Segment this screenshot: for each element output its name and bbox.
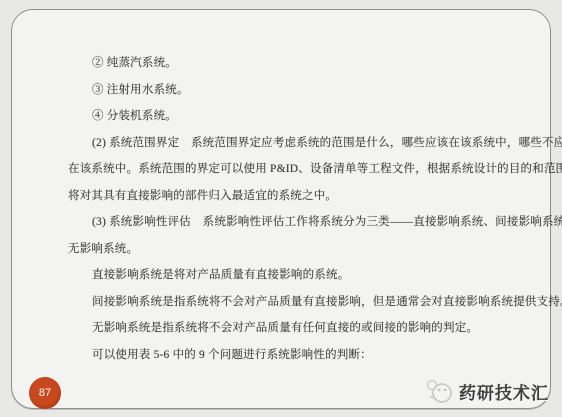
slide-card: ② 纯蒸汽系统。 ③ 注射用水系统。 ④ 分装机系统。 (2) 系统范围界定 系… bbox=[11, 9, 551, 409]
slide-text-line: ② 纯蒸汽系统。 bbox=[68, 50, 556, 77]
slide-text-line: 无影响系统。 bbox=[68, 236, 556, 263]
brand-logo-text: 药研技术汇 bbox=[459, 379, 549, 404]
slide-text-line: 间接影响系统是指系统将不会对产品质量有直接影响，但是通常会对直接影响系统提供支持… bbox=[68, 289, 556, 316]
slide-text-line: ④ 分装机系统。 bbox=[68, 103, 556, 130]
brand-logo-icon bbox=[424, 378, 454, 404]
slide-text-line: 无影响系统是指系统将不会对产品质量有任何直接的或间接的影响的判定。 bbox=[68, 315, 556, 342]
brand-logo: 药研技术汇 bbox=[424, 378, 549, 404]
slide-text-line: 在该系统中。系统范围的界定可以使用 P&ID、设备清单等工程文件，根据系统设计的… bbox=[68, 156, 556, 183]
page-number-badge: 87 bbox=[29, 377, 61, 409]
slide-text-line: (2) 系统范围界定 系统范围界定应考虑系统的范围是什么，哪些应该在该系统中，哪… bbox=[68, 130, 556, 157]
page-number: 87 bbox=[39, 387, 51, 399]
slide-text-line: ③ 注射用水系统。 bbox=[68, 77, 556, 104]
slide-text-line: 将对其具有直接影响的部件归入最适宜的系统之中。 bbox=[68, 183, 556, 210]
slide-text-line: 可以使用表 5-6 中的 9 个问题进行系统影响性的判断： bbox=[68, 342, 556, 369]
slide-text-line: 直接影响系统是将对产品质量有直接影响的系统。 bbox=[68, 262, 556, 289]
slide-text-line: (3) 系统影响性评估 系统影响性评估工作将系统分为三类——直接影响系统、间接影… bbox=[68, 209, 556, 236]
slide-body-text: ② 纯蒸汽系统。 ③ 注射用水系统。 ④ 分装机系统。 (2) 系统范围界定 系… bbox=[68, 50, 556, 368]
